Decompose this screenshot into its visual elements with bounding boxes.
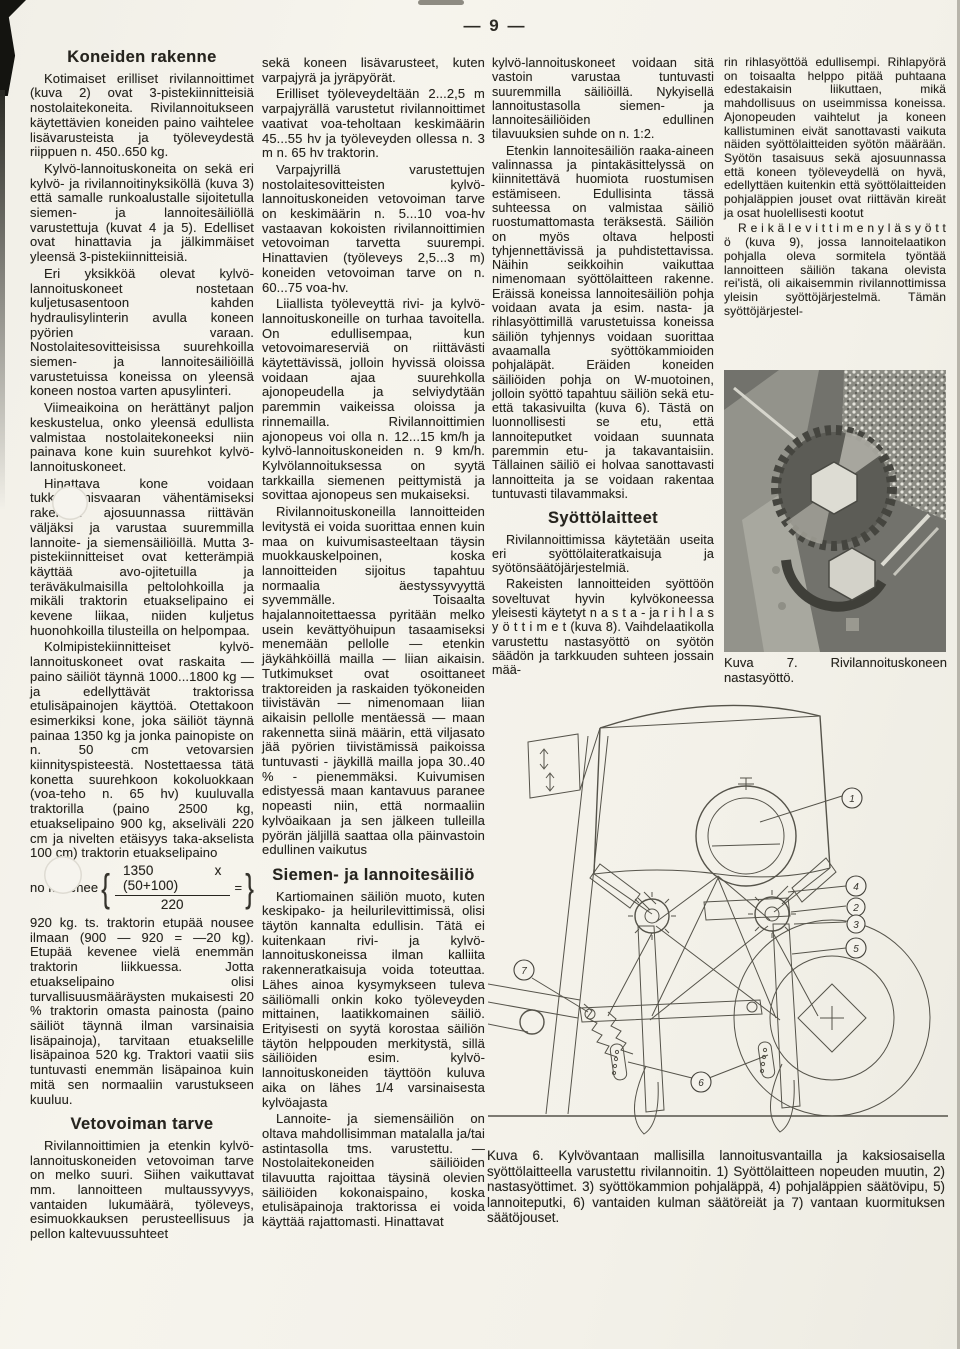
- figure-kuva7-caption: Kuva 7. Rivilannoituskoneen nastasyöttö.: [724, 655, 947, 686]
- paragraph: Rivilannoituskoneilla lannoitteiden levi…: [262, 505, 485, 858]
- svg-text:3: 3: [853, 920, 859, 931]
- paragraph: Viimeaikoina on herättänyt paljon keskus…: [30, 401, 254, 475]
- svg-text:2: 2: [852, 903, 859, 914]
- column-2: sekä koneen lisävarusteet, kuten varpajy…: [262, 56, 485, 1232]
- column-4: rin rihlasyöttöä edullisempi. Rihlapyörä…: [724, 56, 946, 320]
- paragraph: kylvö-lannoituskoneet voidaan sitä vasto…: [492, 56, 714, 142]
- paragraph: Lannoite- ja siemensäiliön on oltava mah…: [262, 1112, 485, 1230]
- section-heading-koneiden-rakenne: Koneiden rakenne: [30, 50, 254, 65]
- paragraph: Liiallista työleveyttä rivi- ja kylvö-la…: [262, 297, 485, 503]
- scan-left-edge-artifact: [0, 90, 5, 510]
- paragraph: 920 kg. ts. traktorin etupää nousee ilma…: [30, 916, 254, 1107]
- nastasyotto-photo-illustration: [724, 370, 946, 652]
- scan-corner-artifact: [0, 0, 26, 96]
- section-heading-syottolaitteet: Syöttölaitteet: [492, 511, 714, 525]
- formula-denominator: 220: [161, 896, 184, 913]
- section-heading-siemen-ja-lannoitesailio: Siemen- ja lannoitesäiliö: [262, 868, 485, 883]
- callout-4: 4: [846, 876, 866, 896]
- paragraph: Erilliset työleveydeltään 2...2,5 m varp…: [262, 87, 485, 161]
- paragraph: Kolmipistekiinnitteiset kylvö-lannoitusk…: [30, 640, 254, 861]
- paragraph: Kotimaiset erilliset rivilannoittimet (k…: [30, 72, 254, 160]
- callout-2: 2: [847, 898, 865, 916]
- paragraph: rin rihlasyöttöä edullisempi. Rihlapyörä…: [724, 56, 946, 220]
- paragraph: sekä koneen lisävarusteet, kuten varpajy…: [262, 56, 485, 85]
- column-3: kylvö-lannoituskoneet voidaan sitä vasto…: [492, 56, 714, 679]
- paragraph: Varpajyrillä varustettujen nostolaitesov…: [262, 163, 485, 295]
- svg-text:1: 1: [849, 794, 855, 805]
- formula-brace-open: {: [101, 877, 110, 899]
- figure-kuva6-caption: Kuva 6. Kylvövantaan mallisilla lannoitu…: [487, 1148, 945, 1226]
- callout-7: 7: [514, 960, 534, 980]
- svg-text:7: 7: [521, 966, 527, 977]
- paragraph: Kartiomainen säiliön muoto, kuten keskip…: [262, 890, 485, 1111]
- callout-6: 6: [691, 1072, 711, 1092]
- column-1: Koneiden rakenne Kotimaiset erilliset ri…: [30, 50, 254, 1244]
- figure-kuva7-photo: [724, 370, 946, 652]
- formula-equals: =: [235, 881, 243, 896]
- paragraph: Rakeisten lannoitteiden syöttöön soveltu…: [492, 577, 714, 677]
- paragraph: Eri yksikköä olevat kylvö-lannoituskonee…: [30, 267, 254, 399]
- paragraph: Kylvö-lannoituskoneita on sekä eri kylvö…: [30, 162, 254, 265]
- paragraph: R e i k ä l e v i t t i m e n y l ä s y …: [724, 222, 946, 318]
- scanned-page: — 9 — Koneiden rakenne Kotimaiset erilli…: [0, 0, 960, 1349]
- section-heading-vetovoiman-tarve: Vetovoiman tarve: [30, 1117, 254, 1132]
- callout-1: 1: [842, 788, 862, 808]
- figure-kuva6-drawing: 1 4 2 3 5 6 7: [488, 686, 948, 1138]
- paragraph: Etenkin lannoitesäiliön raaka-aineen val…: [492, 144, 714, 501]
- scan-smudge-artifact: [418, 0, 464, 5]
- formula-brace-close: }: [245, 877, 254, 899]
- svg-text:4: 4: [853, 882, 859, 893]
- scan-blot-artifact: [52, 486, 88, 520]
- callout-5: 5: [846, 938, 866, 958]
- paragraph: Rivilannoittimissa käytetään useita eri …: [492, 533, 714, 576]
- page-number: — 9 —: [430, 16, 560, 36]
- svg-text:6: 6: [698, 1078, 704, 1089]
- svg-text:5: 5: [853, 944, 859, 955]
- formula-numerator: 1350 x (50+100): [115, 864, 229, 896]
- formula-fraction: 1350 x (50+100) 220: [115, 864, 229, 913]
- scan-blot-artifact: [44, 856, 82, 894]
- rivilannoitin-line-drawing: 1 4 2 3 5 6 7: [488, 686, 948, 1138]
- paragraph: Rivilannoittimien ja etenkin kylvö-lanno…: [30, 1139, 254, 1242]
- callout-3: 3: [847, 915, 865, 933]
